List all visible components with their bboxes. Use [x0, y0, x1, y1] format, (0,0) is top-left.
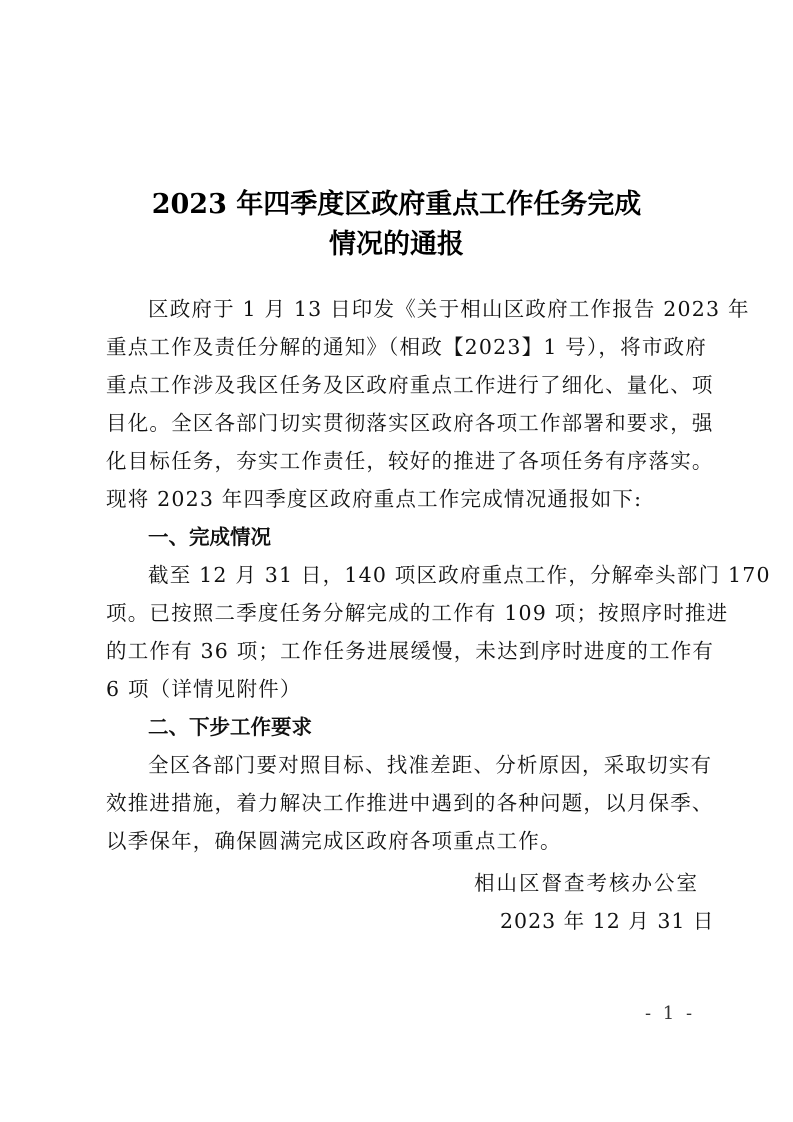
section2-paragraph-line: 全区各部门要对照目标、找准差距、分析原因，采取切实有	[148, 750, 696, 780]
intro-paragraph-line: 区政府于 1 月 13 日印发《关于相山区政府工作报告 2023 年	[148, 294, 696, 324]
signature-organization: 相山区督查考核办公室	[474, 868, 699, 898]
section2-paragraph-line: 效推进措施，着力解决工作推进中遇到的各种问题，以月保季、	[106, 788, 696, 818]
intro-paragraph-line: 目化。全区各部门切实贯彻落实区政府各项工作部署和要求，强	[106, 408, 696, 438]
section1-paragraph-line: 截至 12 月 31 日，140 项区政府重点工作，分解牵头部门 170	[148, 560, 696, 590]
section1-paragraph-line: 项。已按照二季度任务分解完成的工作有 109 项；按照序时推进	[106, 598, 696, 628]
intro-paragraph-line: 现将 2023 年四季度区政府重点工作完成情况通报如下:	[106, 484, 696, 514]
intro-paragraph-line: 化目标任务，夯实工作责任，较好的推进了各项任务有序落实。	[106, 446, 696, 476]
signature-date: 2023 年 12 月 31 日	[500, 906, 714, 936]
intro-paragraph-line: 重点工作涉及我区任务及区政府重点工作进行了细化、量化、项	[106, 370, 696, 400]
section-heading-completion: 一、完成情况	[148, 522, 271, 552]
document-page: 2023 年四季度区政府重点工作任务完成 情况的通报 区政府于 1 月 13 日…	[0, 0, 793, 1122]
section1-paragraph-line: 6 项（详情见附件）	[106, 674, 696, 704]
page-number: - 1 -	[645, 1003, 695, 1024]
document-title-line-2: 情况的通报	[100, 222, 693, 261]
intro-paragraph-line: 重点工作及责任分解的通知》（相政【2023】1 号），将市政府	[106, 332, 696, 362]
section-heading-next-steps: 二、下步工作要求	[148, 712, 312, 742]
section1-paragraph-line: 的工作有 36 项；工作任务进展缓慢，未达到序时进度的工作有	[106, 636, 696, 666]
document-title-line-1: 2023 年四季度区政府重点工作任务完成	[100, 182, 693, 221]
section2-paragraph-line: 以季保年，确保圆满完成区政府各项重点工作。	[106, 826, 696, 856]
